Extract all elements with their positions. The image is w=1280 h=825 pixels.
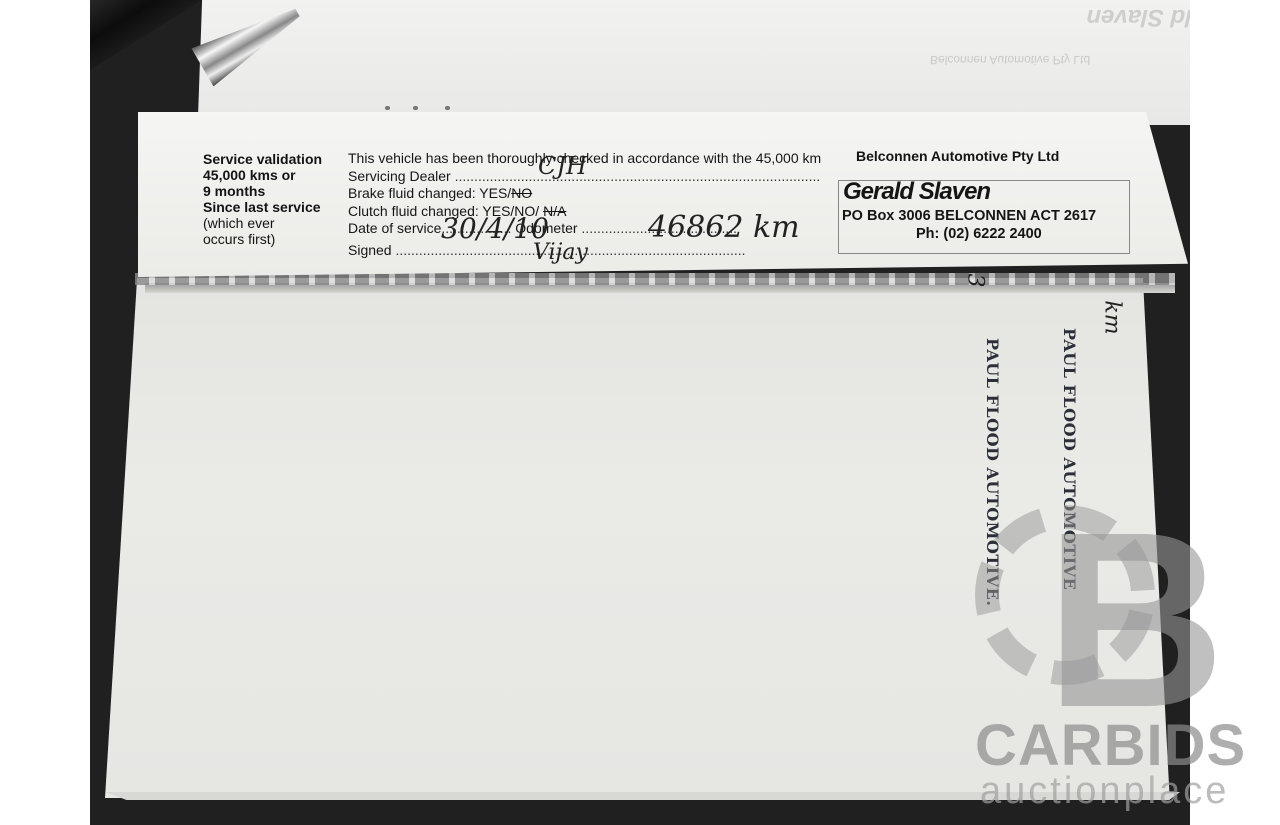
brake-field: Brake fluid changed: YES/NO — [348, 185, 821, 203]
handwritten-dealer: CJH — [538, 152, 587, 180]
field-label: Signed — [348, 242, 392, 258]
watermark-tagline: auctionplace — [980, 770, 1229, 813]
stamp-company: Belconnen Automotive Pty Ltd — [856, 148, 1059, 164]
note-line: (which ever — [203, 215, 322, 231]
stamp-phone: Ph: (02) 6222 2400 — [916, 226, 1042, 242]
validation-heading: Service validation 45,000 kms or 9 month… — [203, 151, 322, 247]
logbook-photo: Gerald Slaven Belconnen Automotive Pty L… — [90, 0, 1190, 825]
service-slip: Service validation 45,000 kms or 9 month… — [138, 112, 1188, 277]
heading-line: Service validation — [203, 151, 322, 167]
handwritten-digit: 3 — [963, 274, 988, 288]
handwritten-unit: km — [1100, 300, 1125, 334]
ghost-text: Belconnen Automotive Pty Ltd — [930, 53, 1091, 67]
option-struck: NO — [511, 185, 532, 201]
field-label: Servicing Dealer — [348, 168, 451, 184]
note-line: occurs first) — [203, 231, 322, 247]
handwritten-odometer: 46862 km — [648, 210, 800, 245]
watermark-name: CARBIDS — [975, 712, 1246, 779]
watermark-letter: B — [1045, 495, 1226, 745]
field-label: Date of service — [348, 220, 441, 236]
heading-line: Since last service — [203, 199, 322, 215]
stamp-address: PO Box 3006 BELCONNEN ACT 2617 — [842, 208, 1096, 224]
field-label: Brake fluid changed: — [348, 185, 476, 201]
option: YES/ — [479, 185, 511, 201]
handwritten-signature: Vijay — [533, 240, 588, 265]
heading-line: 45,000 kms or — [203, 167, 322, 183]
back-page: Gerald Slaven Belconnen Automotive Pty L… — [198, 0, 1190, 125]
heading-line: 9 months — [203, 183, 322, 199]
stamp-logo: Gerald Slaven — [843, 178, 990, 206]
ghost-stamp: Gerald Slaven — [946, 1, 1190, 31]
